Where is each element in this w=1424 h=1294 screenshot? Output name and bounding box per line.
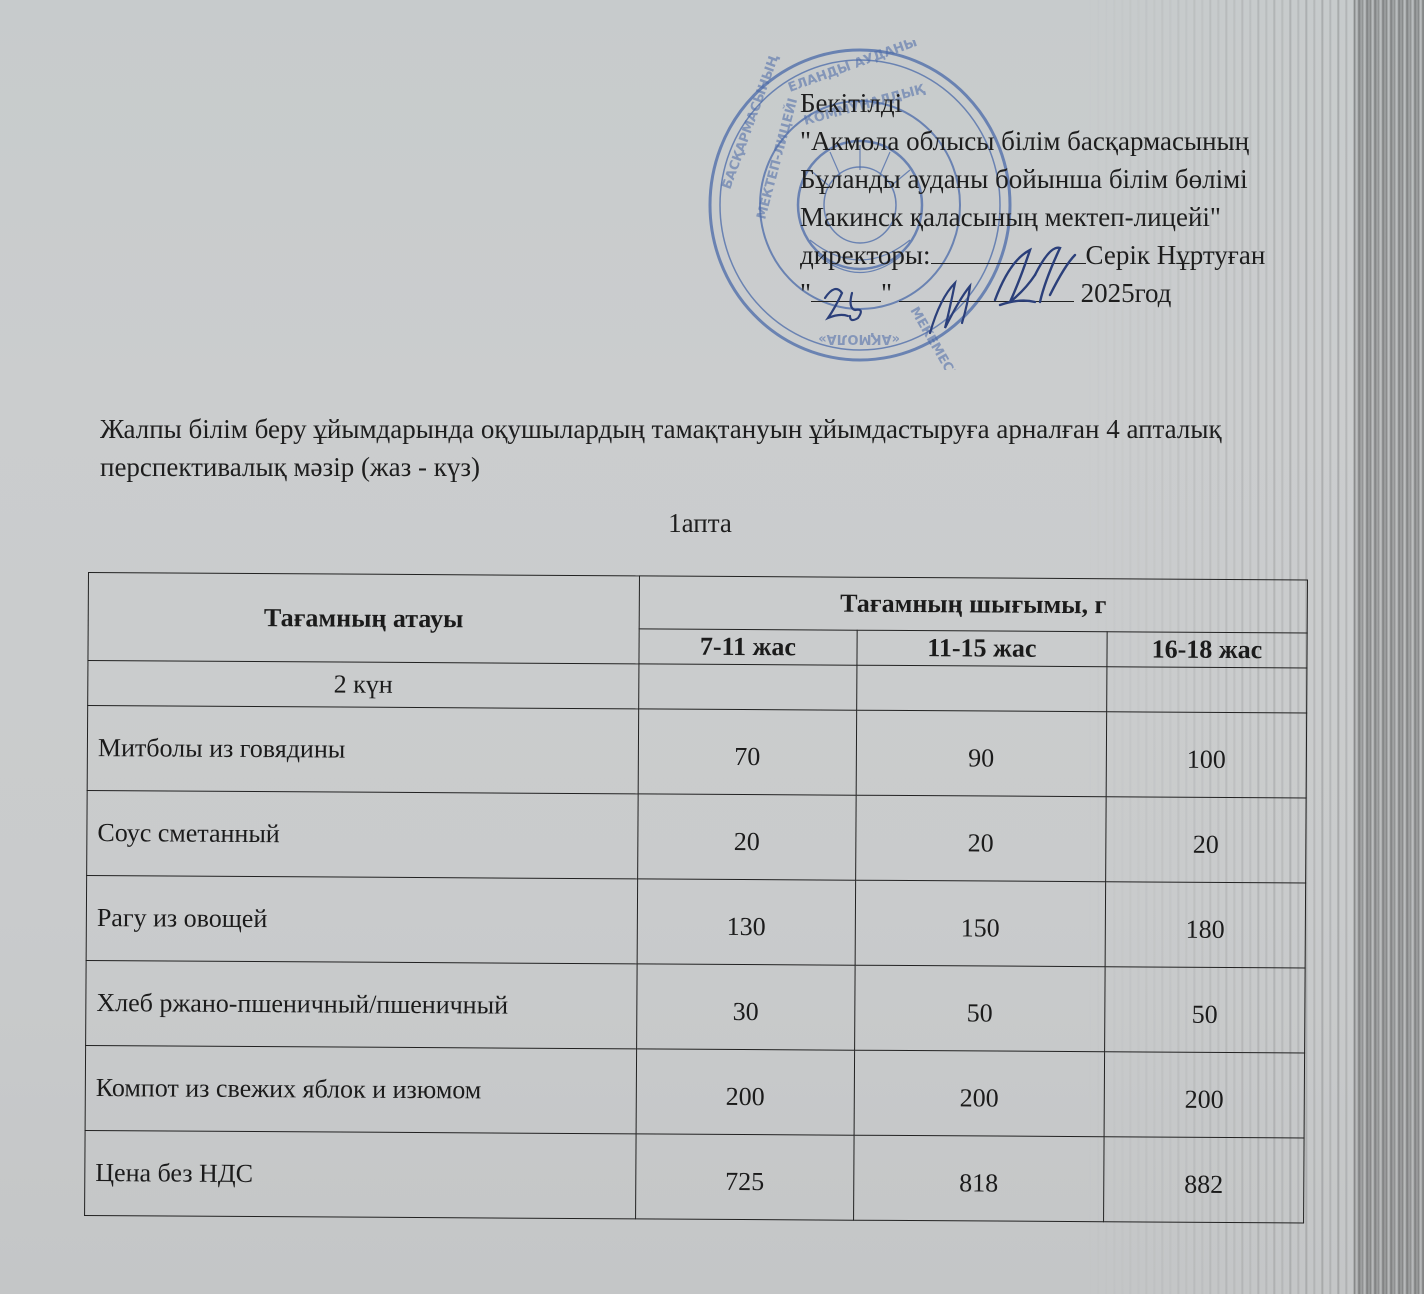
header-dish-name: Тағамның атауы xyxy=(88,573,639,664)
approval-org-line3: Макинск қаласының мектеп-лицейі" xyxy=(800,198,1265,236)
svg-text:МЕКЕМЕСІ: МЕКЕМЕСІ xyxy=(907,305,959,371)
yield-16-18: 180 xyxy=(1105,882,1306,968)
table-row: Компот из свежих яблок и изюмом 200 200 … xyxy=(85,1045,1304,1137)
yield-16-18: 50 xyxy=(1104,967,1305,1053)
yield-7-11: 70 xyxy=(638,709,857,795)
price-label: Цена без НДС xyxy=(85,1130,636,1218)
yield-16-18: 100 xyxy=(1106,712,1307,798)
svg-text:МЕКТЕП-ЛИЦЕЙІ: МЕКТЕП-ЛИЦЕЙІ xyxy=(753,96,801,221)
price-11-15: 818 xyxy=(853,1135,1103,1222)
director-name: Серік Нұртуған xyxy=(1086,240,1266,270)
yield-11-15: 20 xyxy=(856,795,1106,882)
table-row: Митболы из говядины 70 90 100 xyxy=(87,706,1306,798)
dish-name: Соус сметанный xyxy=(87,790,638,878)
menu-table: Тағамның атауы Тағамның шығымы, г 7-11 ж… xyxy=(84,572,1308,1223)
header-yield: Тағамның шығымы, г xyxy=(639,576,1307,633)
yield-11-15: 90 xyxy=(856,710,1106,797)
approval-year: 2025год xyxy=(1081,278,1172,308)
day-label: 2 күн xyxy=(88,661,639,709)
dish-name: Хлеб ржано-пшеничный/пшеничный xyxy=(86,960,637,1048)
yield-7-11: 130 xyxy=(637,879,856,965)
table-row: Соус сметанный 20 20 20 xyxy=(87,790,1306,882)
week-label: 1апта xyxy=(0,508,1400,539)
empty-cell xyxy=(639,664,857,710)
table-header-row: Тағамның атауы Тағамның шығымы, г xyxy=(88,573,1307,633)
svg-text:«АҚМОЛА»: «АҚМОЛА» xyxy=(818,331,900,346)
empty-cell xyxy=(857,665,1107,712)
approval-org-line1: "Акмола облысы білім басқармасының xyxy=(800,122,1265,160)
price-16-18: 882 xyxy=(1103,1137,1304,1223)
yield-16-18: 20 xyxy=(1105,797,1306,883)
approval-date-line: "" 2025год xyxy=(800,274,1265,312)
approval-heading: Бекітілді xyxy=(800,84,1265,122)
price-7-11: 725 xyxy=(635,1134,854,1220)
yield-7-11: 20 xyxy=(637,794,856,880)
dish-name: Митболы из говядины xyxy=(87,706,638,794)
yield-16-18: 200 xyxy=(1104,1052,1305,1138)
header-age-7-11: 7-11 жас xyxy=(639,629,857,665)
director-label: директоры: xyxy=(800,240,931,270)
date-day-line xyxy=(811,301,881,302)
header-age-11-15: 11-15 жас xyxy=(857,630,1107,667)
date-quote-open: " xyxy=(800,278,811,308)
table-row: Хлеб ржано-пшеничный/пшеничный 30 50 50 xyxy=(86,960,1305,1052)
dish-name: Рагу из овощей xyxy=(86,875,637,963)
yield-11-15: 150 xyxy=(855,880,1105,967)
empty-cell xyxy=(1106,667,1306,713)
header-age-16-18: 16-18 жас xyxy=(1107,632,1307,668)
dish-name: Компот из свежих яблок и изюмом xyxy=(85,1045,636,1133)
date-month-line xyxy=(899,301,1074,302)
yield-7-11: 30 xyxy=(636,964,855,1050)
approval-block: Бекітілді "Акмола облысы білім басқармас… xyxy=(800,84,1265,312)
approval-director-line: директоры:Серік Нұртуған xyxy=(800,236,1265,274)
date-quote-close: " xyxy=(881,278,892,308)
yield-7-11: 200 xyxy=(636,1049,855,1135)
document-title: Жалпы білім беру ұйымдарында оқушылардың… xyxy=(100,410,1320,486)
price-row: Цена без НДС 725 818 882 xyxy=(85,1130,1304,1222)
table-row: Рагу из овощей 130 150 180 xyxy=(86,875,1305,967)
yield-11-15: 200 xyxy=(854,1050,1104,1137)
day-row: 2 күн xyxy=(88,661,1307,713)
svg-text:БАСҚАРМАСЫНЫҢ: БАСҚАРМАСЫНЫҢ xyxy=(720,52,783,191)
signature-line xyxy=(931,263,1086,264)
paper-stack-edge xyxy=(1354,0,1424,1294)
yield-11-15: 50 xyxy=(854,965,1104,1052)
approval-org-line2: Бұланды ауданы бойынша білім бөлімі xyxy=(800,160,1265,198)
